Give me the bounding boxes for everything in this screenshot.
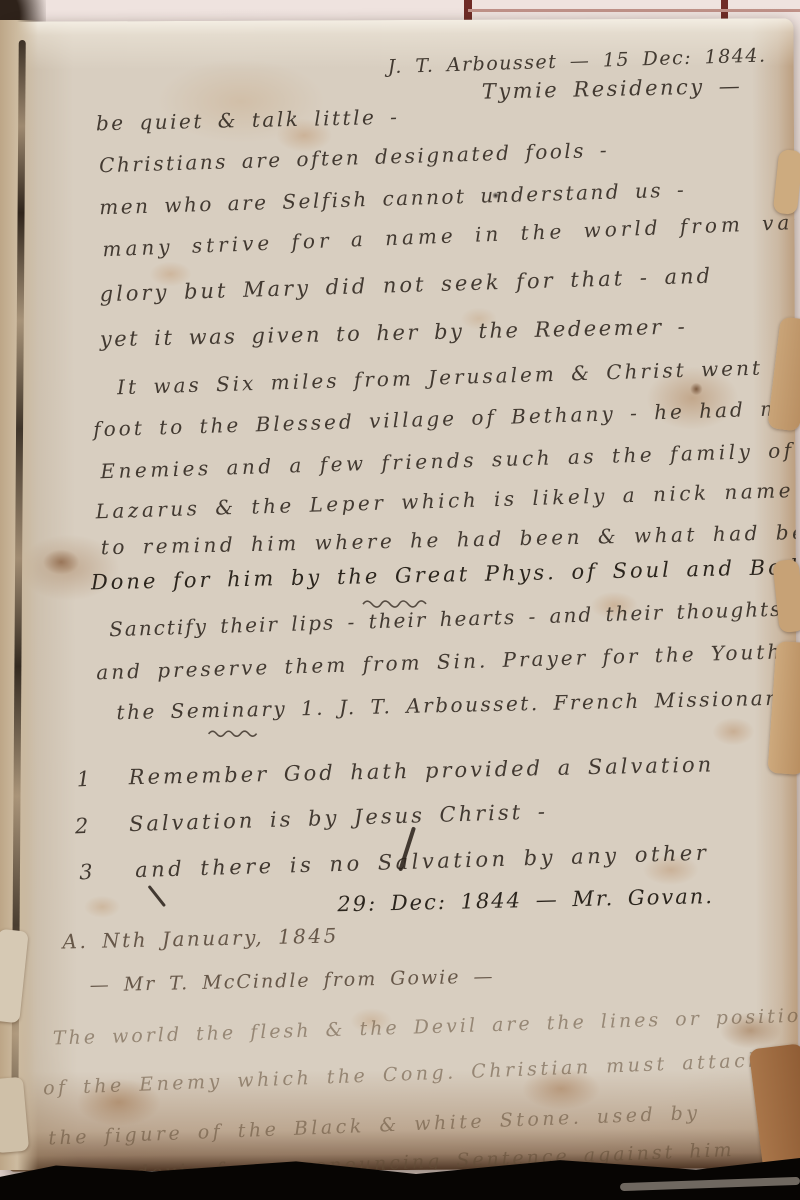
manuscript-line: yet it was given to her by the Redeemer …: [100, 316, 688, 350]
manuscript-line: be quiet & talk little -: [96, 107, 400, 134]
manuscript-line: foot to the Blessed village of Bethany -…: [93, 397, 799, 439]
entry2-line: of the Enemy which the Cong. Christian m…: [43, 1051, 764, 1098]
manuscript-line: Christians are often designated fools -: [99, 140, 610, 176]
entry2-line: The world the flesh & the Devil are the …: [53, 1006, 799, 1048]
manuscript-line: glory but Mary did not seek for that - a…: [99, 266, 713, 306]
list-number: 3: [79, 862, 96, 884]
list-item-text: Remember God hath provided a Salvation: [129, 754, 715, 788]
manuscript-line: to remind him where he had been & what h…: [101, 521, 799, 557]
list-item-text: and there is no Salvation by any other: [135, 843, 710, 882]
manuscript-line: It was Six miles from Jerusalem & Christ…: [117, 356, 799, 397]
manuscript-line: many strive for a name in the world from…: [102, 211, 798, 259]
entry2-line: — Mr T. McCindle from Gowie —: [89, 968, 494, 996]
entry2-date-line: A. Nth January, 1845: [62, 925, 339, 951]
manuscript-line: Done for him by the Great Phys. of Soul …: [91, 556, 799, 593]
manuscript-line: the Seminary 1. J. T. Arbousset. French …: [116, 688, 791, 723]
list-number: 2: [75, 816, 92, 838]
manuscript-line: and preserve them from Sin. Prayer for t…: [96, 640, 798, 682]
manuscript-line: Enemies and a few friends such as the fa…: [100, 440, 795, 481]
entry2-line: the figure of the Black & white Stone. u…: [48, 1104, 701, 1149]
stray-ink-stroke: [148, 885, 166, 907]
manuscript-line: men who are Selfish cannot understand us…: [99, 179, 687, 217]
pen-flourish: [361, 598, 433, 608]
manuscript-line: Sanctify their lips - their hearts - and…: [109, 598, 799, 639]
list-item-text: Salvation is by Jesus Christ -: [129, 801, 549, 835]
photo-of-manuscript: J. T. Arbousset — 15 Dec: 1844. Tymie Re…: [0, 0, 800, 1200]
manuscript-line: Lazarus & the Leper which is likely a ni…: [95, 480, 794, 521]
entry-heading-author-date: J. T. Arbousset — 15 Dec: 1844.: [387, 46, 766, 77]
entry-heading-residency: Tymie Residency —: [482, 76, 743, 103]
list-number: 1: [76, 769, 93, 791]
tile-grout-line: [468, 9, 800, 12]
date-signature-line: 29: Dec: 1844 — Mr. Govan.: [337, 886, 714, 915]
manuscript-page: J. T. Arbousset — 15 Dec: 1844. Tymie Re…: [3, 18, 798, 1171]
pen-flourish: [207, 729, 265, 738]
